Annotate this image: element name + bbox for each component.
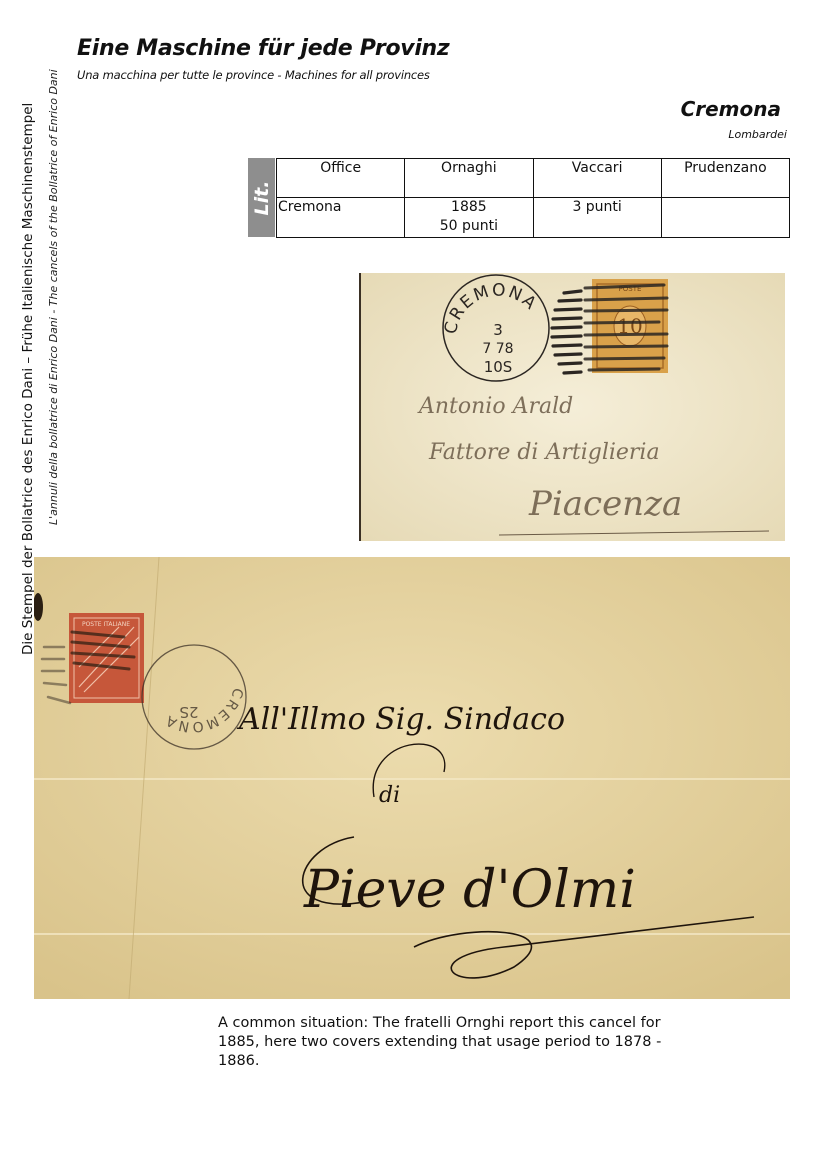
literature-label-text: Lit.	[251, 180, 273, 215]
sidebar-subtitle: L'annuli della bollatrice di Enrico Dani…	[47, 69, 60, 525]
cell-ornaghi-year: 1885	[407, 198, 530, 217]
column-header-office: Office	[277, 159, 405, 198]
page-subtitle: Una macchina per tutte le province - Mac…	[77, 68, 430, 82]
column-header-prudenzano: Prudenzano	[661, 159, 789, 198]
svg-text:Antonio Arald: Antonio Arald	[417, 394, 573, 419]
column-header-ornaghi: Ornaghi	[405, 159, 533, 198]
svg-text:Piacenza: Piacenza	[528, 484, 682, 524]
cell-prudenzano	[661, 198, 789, 238]
table-header-row: Office Ornaghi Vaccari Prudenzano	[277, 159, 790, 198]
cell-ornaghi: 1885 50 punti	[405, 198, 533, 238]
stamp-10c: 10 POSTE	[585, 279, 668, 373]
column-header-vaccari: Vaccari	[533, 159, 661, 198]
cover-image-1878: 10 POSTE CREMONA 3 7 78 10S Antoni	[359, 273, 785, 541]
city-name: Cremona	[681, 97, 781, 121]
svg-text:3: 3	[493, 321, 503, 339]
svg-text:10S: 10S	[484, 358, 513, 376]
svg-text:All'Illmo Sig. Sindaco: All'Illmo Sig. Sindaco	[236, 702, 565, 737]
cell-office: Cremona	[277, 198, 405, 238]
svg-text:Pieve d'Olmi: Pieve d'Olmi	[303, 860, 636, 920]
svg-text:7 78: 7 78	[482, 341, 513, 357]
envelope-illustration: 10 POSTE CREMONA 3 7 78 10S Antoni	[359, 273, 785, 541]
literature-table: Office Ornaghi Vaccari Prudenzano Cremon…	[276, 158, 790, 238]
svg-text:Fattore di Artiglieria: Fattore di Artiglieria	[428, 440, 660, 465]
region-name: Lombardei	[728, 128, 787, 141]
svg-text:POSTE ITALIANE: POSTE ITALIANE	[82, 621, 130, 628]
svg-text:di: di	[379, 783, 400, 808]
page-title: Eine Maschine für jede Provinz	[77, 36, 449, 61]
cell-vaccari: 3 punti	[533, 198, 661, 238]
caption-text: A common situation: The fratelli Ornghi …	[218, 1014, 678, 1071]
table-row: Cremona 1885 50 punti 3 punti	[277, 198, 790, 238]
cover-image-1886: POSTE ITALIANE 2S CREMONA	[34, 557, 790, 999]
literature-label: Lit.	[248, 158, 275, 237]
cell-ornaghi-points: 50 punti	[407, 217, 530, 236]
folded-letter-illustration: POSTE ITALIANE 2S CREMONA	[34, 557, 790, 999]
